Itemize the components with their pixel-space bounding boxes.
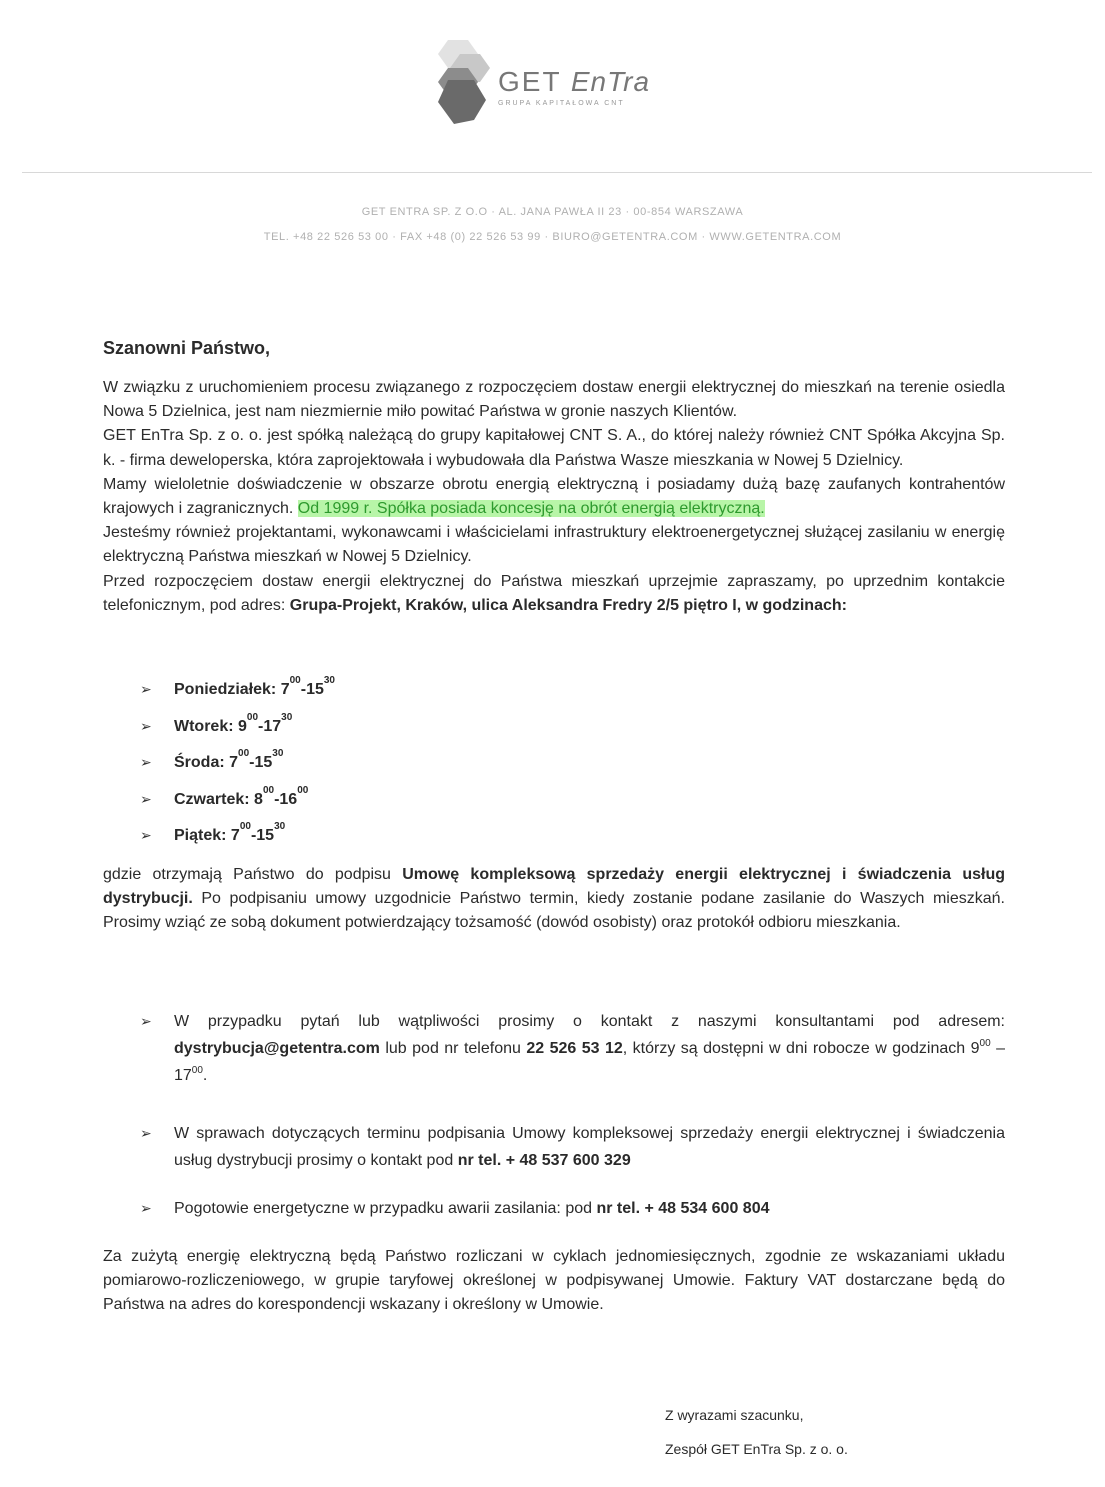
office-hours-item: ➢Czwartek: 800-1600 (140, 791, 335, 828)
contact-bullet-emergency: ➢ Pogotowie energetyczne w przypadku awa… (140, 1195, 1005, 1222)
arrowhead-bullet-icon: ➢ (140, 827, 174, 844)
office-hours-item: ➢Piątek: 700-1530 (140, 827, 335, 864)
arrowhead-bullet-icon: ➢ (140, 681, 174, 698)
arrowhead-bullet-icon: ➢ (140, 754, 174, 771)
phone-number: nr tel. + 48 534 600 804 (596, 1200, 769, 1217)
contract-paragraph: gdzie otrzymają Państwo do podpisu Umowę… (103, 863, 1005, 936)
arrowhead-bullet-icon: ➢ (140, 1120, 174, 1174)
highlighted-text: Od 1999 r. Spółka posiada koncesję na ob… (298, 500, 765, 517)
greeting: Szanowni Państwo, (103, 338, 270, 359)
office-hours-item: ➢Poniedziałek: 700-1530 (140, 681, 335, 718)
contact-bullet-contract: ➢ W sprawach dotyczących terminu podpisa… (140, 1120, 1005, 1174)
arrowhead-bullet-icon: ➢ (140, 1195, 174, 1222)
company-address: GET ENTRA SP. Z O.O · AL. JANA PAWŁA II … (0, 206, 1105, 218)
signature: Zespół GET EnTra Sp. z o. o. (665, 1441, 848, 1457)
email-link[interactable]: dystrybucja@getentra.com (174, 1040, 380, 1057)
closing-line: Z wyrazami szacunku, (665, 1407, 803, 1423)
arrowhead-bullet-icon: ➢ (140, 1008, 174, 1089)
phone-number: nr tel. + 48 537 600 329 (458, 1152, 631, 1169)
intro-paragraph: W związku z uruchomieniem procesu związa… (103, 376, 1005, 618)
arrowhead-bullet-icon: ➢ (140, 718, 174, 735)
logo-wordmark: GET EnTra (498, 66, 650, 98)
contact-bullet-consultants: ➢ W przypadku pytań lub wątpliwości pros… (140, 1008, 1005, 1089)
office-hours-list: ➢Poniedziałek: 700-1530➢Wtorek: 900-1730… (140, 681, 335, 864)
arrowhead-bullet-icon: ➢ (140, 791, 174, 808)
company-logo: GET EnTra GRUPA KAPITAŁOWA CNT (434, 40, 674, 126)
logo-subtitle: GRUPA KAPITAŁOWA CNT (498, 100, 625, 107)
office-address: Grupa-Projekt, Kraków, ulica Aleksandra … (290, 597, 847, 614)
cube-logo-icon (434, 40, 494, 126)
phone-number: 22 526 53 12 (526, 1040, 622, 1057)
billing-paragraph: Za zużytą energię elektryczną będą Państ… (103, 1245, 1005, 1318)
header-divider (22, 172, 1092, 173)
company-contacts: TEL. +48 22 526 53 00 · FAX +48 (0) 22 5… (0, 231, 1105, 243)
